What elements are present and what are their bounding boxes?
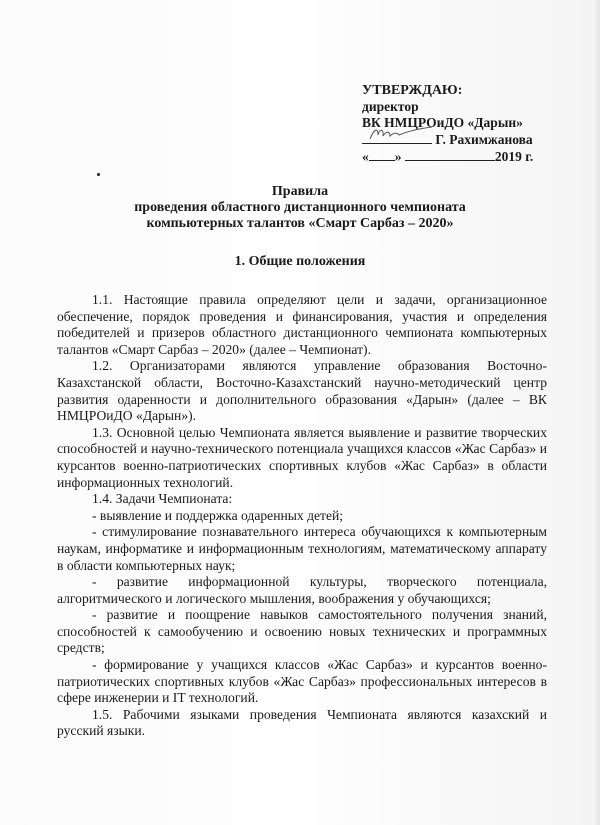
scan-speck bbox=[97, 173, 100, 176]
paragraph-1-2: 1.2. Организаторами являются управление … bbox=[57, 358, 547, 424]
signatory-name: Г. Рахимжанова bbox=[435, 132, 532, 147]
task-item: - стимулирование познавательного интерес… bbox=[57, 524, 547, 574]
date-month-blank bbox=[405, 148, 495, 161]
document-body: 1.1. Настоящие правила определяют цели и… bbox=[57, 292, 547, 740]
task-item: - выявление и поддержка одаренных детей; bbox=[57, 508, 547, 525]
date-day-blank bbox=[369, 148, 395, 161]
heading-line-2: проведения областного дистанционного чем… bbox=[0, 200, 600, 216]
date-open-quote: « bbox=[362, 149, 369, 164]
task-item: - формирование у учащихся классов «Жас С… bbox=[57, 657, 547, 707]
paragraph-1-1: 1.1. Настоящие правила определяют цели и… bbox=[57, 292, 547, 358]
task-item: - развитие и поощрение навыков самостоят… bbox=[57, 607, 547, 657]
date-year: 2019 г. bbox=[495, 149, 533, 164]
approval-title: УТВЕРЖДАЮ: bbox=[362, 83, 533, 99]
handwritten-signature-icon bbox=[366, 125, 436, 143]
document-heading: Правила проведения областного дистанцион… bbox=[0, 184, 600, 232]
paragraph-1-5: 1.5. Рабочими языками проведения Чемпион… bbox=[57, 707, 547, 740]
paragraph-1-4: 1.4. Задачи Чемпионата: bbox=[57, 491, 547, 508]
paragraph-1-3: 1.3. Основной целью Чемпионата является … bbox=[57, 425, 547, 491]
heading-line-1: Правила bbox=[0, 184, 600, 200]
approval-date: «» 2019 г. bbox=[362, 148, 533, 165]
task-item: - развитие информационной культуры, твор… bbox=[57, 574, 547, 607]
date-close-quote: » bbox=[395, 149, 402, 164]
section-title: 1. Общие положения bbox=[0, 254, 600, 270]
scan-edge-shadow bbox=[592, 0, 600, 825]
approval-position: директор bbox=[362, 99, 533, 115]
signature-line: Г. Рахимжанова bbox=[362, 131, 533, 148]
approval-block: УТВЕРЖДАЮ: директор ВК НМЦРОиДО «Дарын» … bbox=[362, 83, 533, 165]
heading-line-3: компьютерных талантов «Смарт Сарбаз – 20… bbox=[0, 216, 600, 232]
